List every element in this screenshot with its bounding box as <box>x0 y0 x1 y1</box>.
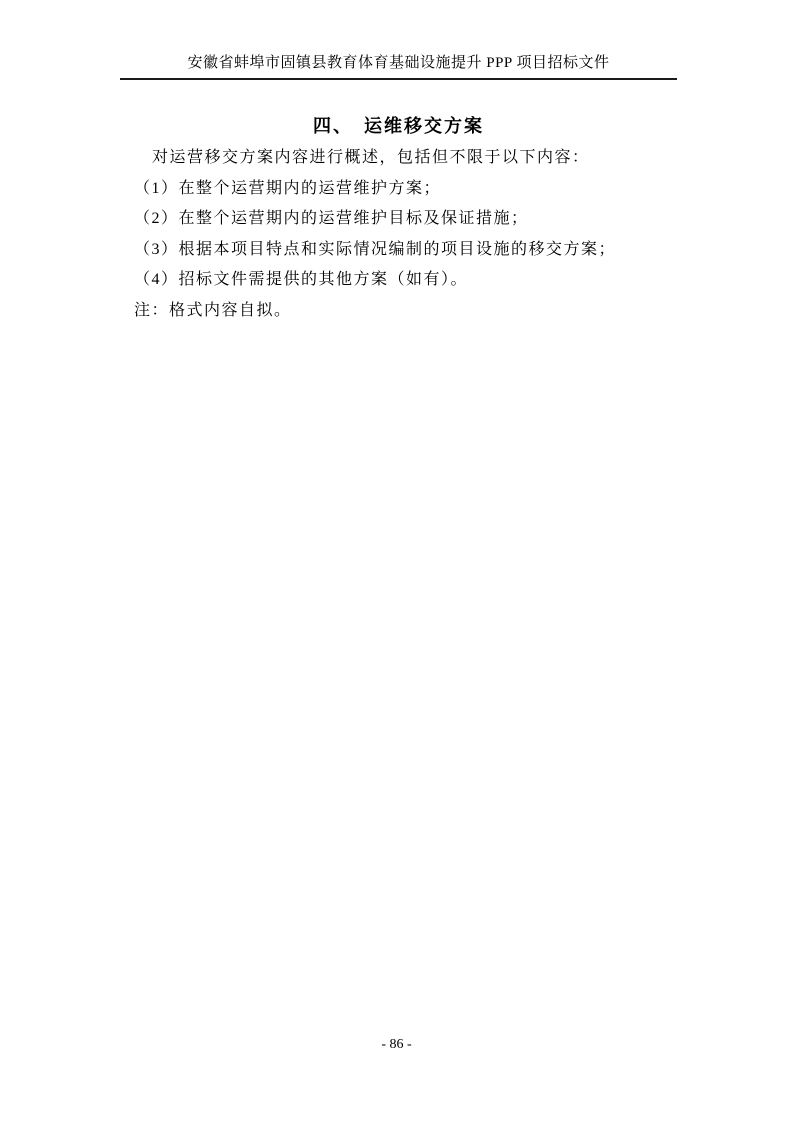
intro-paragraph: 对运营移交方案内容进行概述，包括但不限于以下内容： <box>120 143 677 174</box>
header-title: 安徽省蚌埠市固镇县教育体育基础设施提升 PPP 项目招标文件 <box>188 55 610 71</box>
list-item-1: （1）在整个运营期内的运营维护方案； <box>120 174 677 205</box>
page-footer: - 86 - <box>0 1036 793 1054</box>
list-item-4: （4）招标文件需提供的其他方案（如有）。 <box>120 265 677 296</box>
list-item-3: （3）根据本项目特点和实际情况编制的项目设施的移交方案； <box>120 235 677 266</box>
page-header: 安徽省蚌埠市固镇县教育体育基础设施提升 PPP 项目招标文件 <box>120 53 677 80</box>
document-page: 安徽省蚌埠市固镇县教育体育基础设施提升 PPP 项目招标文件 四、 运维移交方案… <box>0 0 793 1122</box>
page-number: - 86 - <box>381 1037 411 1052</box>
section-title: 四、 运维移交方案 <box>120 112 677 138</box>
note-paragraph: 注：格式内容自拟。 <box>120 296 677 327</box>
document-body: 对运营移交方案内容进行概述，包括但不限于以下内容： （1）在整个运营期内的运营维… <box>120 143 677 326</box>
list-item-2: （2）在整个运营期内的运营维护目标及保证措施； <box>120 204 677 235</box>
